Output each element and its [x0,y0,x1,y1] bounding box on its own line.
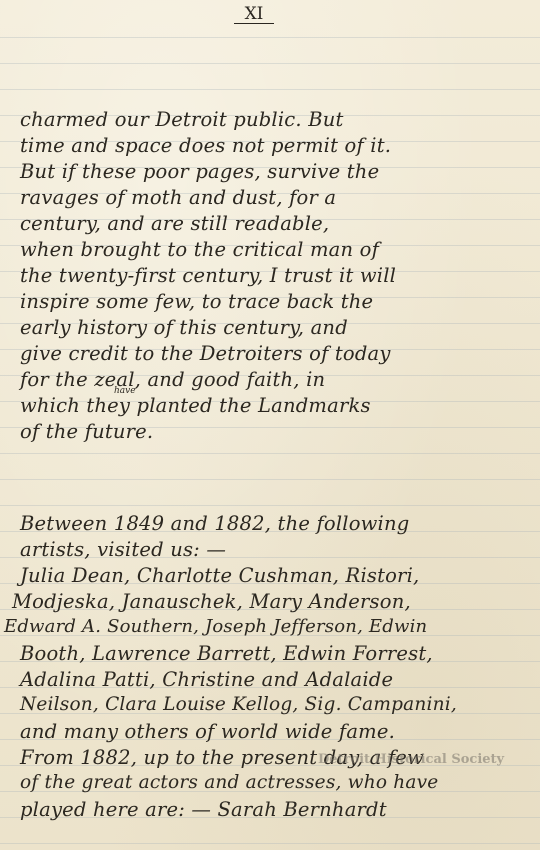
manuscript-page: XI charmed our Detroit public. But time … [0,0,540,850]
text-line: inspire some few, to trace back the [20,290,373,313]
text-line: and many others of world wide fame. [20,720,395,743]
text-line: Booth, Lawrence Barrett, Edwin Forrest, [20,642,433,665]
text-line: time and space does not permit of it. [20,134,391,157]
text-line: of the great actors and actresses, who h… [20,772,438,793]
watermark: Detroit Historical Society [318,752,504,767]
text-line: Adalina Patti, Christine and Adalaide [20,668,393,691]
text-line: played here are: — Sarah Bernhardt [20,798,387,821]
text-line: when brought to the critical man of [20,238,379,261]
text-line: of the future. [20,420,153,443]
text-line: Julia Dean, Charlotte Cushman, Ristori, [20,564,419,587]
text-line: Edward A. Southern, Joseph Jefferson, Ed… [4,616,427,637]
text-line: charmed our Detroit public. But [20,108,344,131]
text-line: Between 1849 and 1882, the following [20,512,409,535]
text-line: which they planted the Landmarks [20,394,371,417]
page-number: XI [234,6,274,24]
text-line: ravages of moth and dust, for a [20,186,336,209]
text-line: But if these poor pages, survive the [20,160,379,183]
text-line: give credit to the Detroiters of today [20,342,391,365]
text-line: Modjeska, Janauschek, Mary Anderson, [12,590,411,613]
text-line: the twenty-first century, I trust it wil… [20,264,396,287]
text-line: Neilson, Clara Louise Kellog, Sig. Campa… [20,694,457,715]
text-line: century, and are still readable, [20,212,329,235]
text-line: for the zeal, and good faith, in [20,368,325,391]
text-line: early history of this century, and [20,316,348,339]
text-line: artists, visited us: — [20,538,226,561]
